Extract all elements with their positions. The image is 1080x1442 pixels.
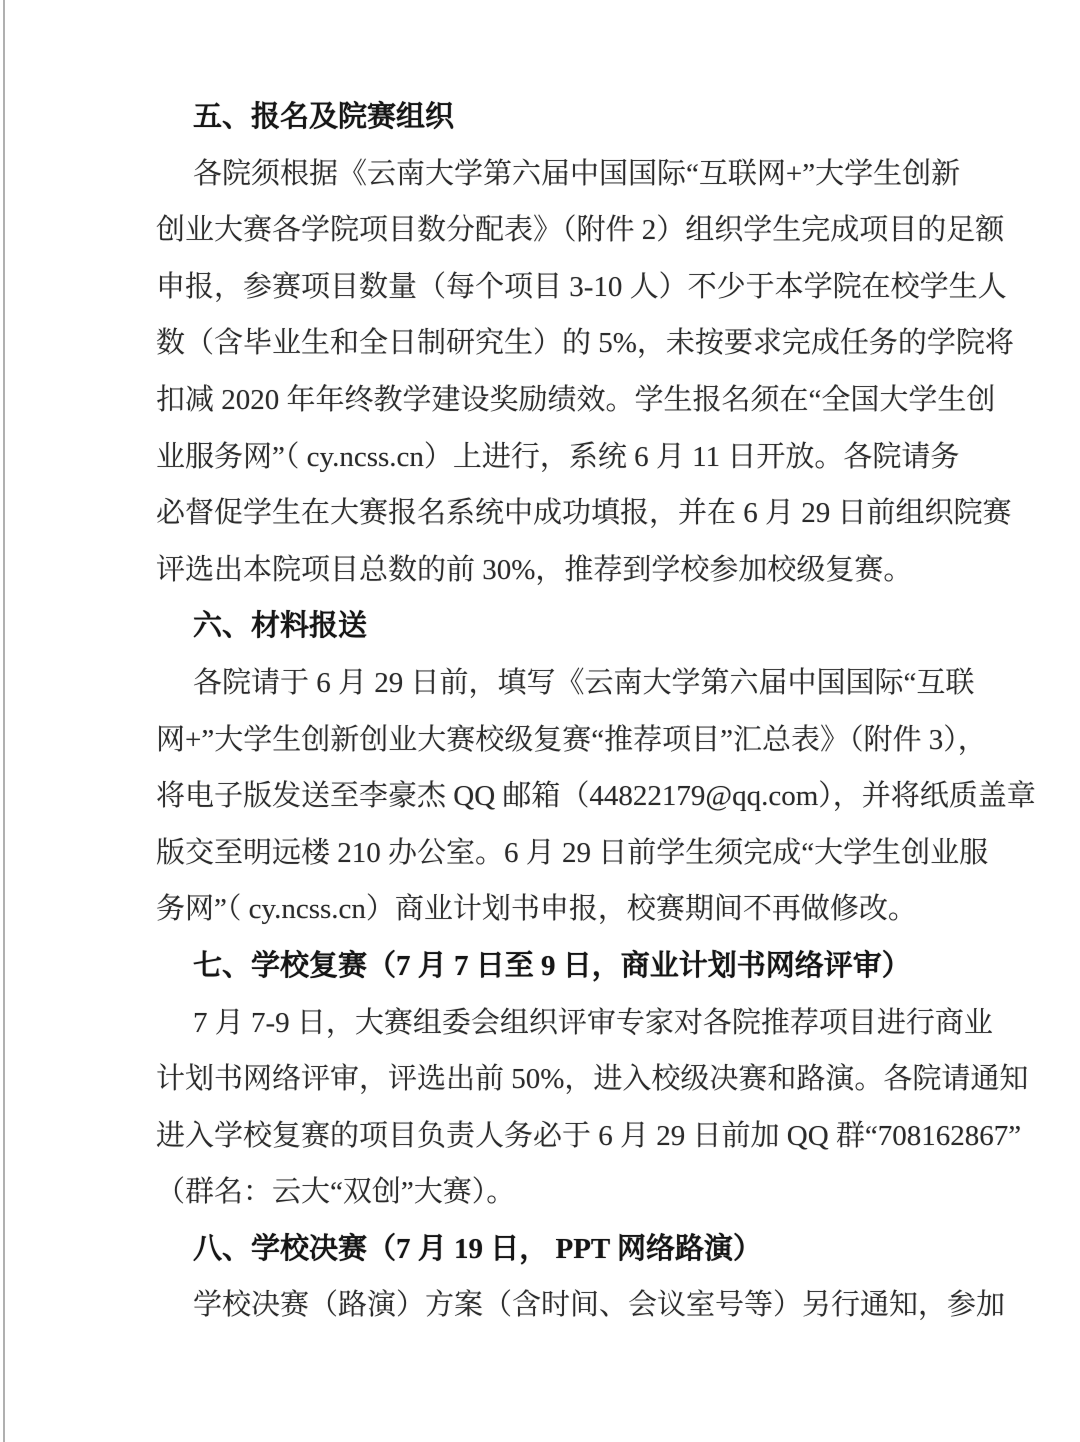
body-line: 申报，参赛项目数量（每个项目 3-10 人）不少于本学院在校学生人 — [156, 259, 956, 316]
body-line: 将电子版发送至李豪杰 QQ 邮箱（44822179@qq.com），并将纸质盖章 — [156, 768, 956, 825]
body-line: 各院须根据《云南大学第六届中国国际“互联网+”大学生创新 — [156, 146, 956, 203]
document-body: 五、报名及院赛组织 各院须根据《云南大学第六届中国国际“互联网+”大学生创新 创… — [156, 89, 956, 1334]
heading-registration-and-college-round: 五、报名及院赛组织 — [156, 89, 956, 146]
heading-school-semifinal: 七、学校复赛（7 月 7 日至 9 日，商业计划书网络评审） — [156, 938, 956, 995]
body-line: 务网”（ cy.ncss.cn）商业计划书申报，校赛期间不再做修改。 — [156, 881, 956, 938]
body-line: 评选出本院项目总数的前 30%，推荐到学校参加校级复赛。 — [156, 542, 956, 599]
body-line: （群名：云大“双创”大赛）。 — [156, 1164, 956, 1221]
heading-materials-submission: 六、材料报送 — [156, 598, 956, 655]
body-line: 各院请于 6 月 29 日前，填写《云南大学第六届中国国际“互联 — [156, 655, 956, 712]
body-line: 创业大赛各学院项目数分配表》（附件 2）组织学生完成项目的足额 — [156, 202, 956, 259]
body-line: 计划书网络评审，评选出前 50%，进入校级决赛和路演。各院请通知 — [156, 1051, 956, 1108]
body-line: 业服务网”（ cy.ncss.cn）上进行，系统 6 月 11 日开放。各院请务 — [156, 429, 956, 486]
body-line: 网+”大学生创新创业大赛校级复赛“推荐项目”汇总表》（附件 3）， — [156, 712, 956, 769]
body-line: 扣减 2020 年年终教学建设奖励绩效。学生报名须在“全国大学生创 — [156, 372, 956, 429]
page-left-edge-line — [3, 0, 5, 1442]
body-line: 必督促学生在大赛报名系统中成功填报，并在 6 月 29 日前组织院赛 — [156, 485, 956, 542]
document-page: 五、报名及院赛组织 各院须根据《云南大学第六届中国国际“互联网+”大学生创新 创… — [0, 0, 1080, 1442]
heading-school-final: 八、学校决赛（7 月 19 日， PPT 网络路演） — [156, 1221, 956, 1278]
body-line: 7 月 7-9 日，大赛组委会组织评审专家对各院推荐项目进行商业 — [156, 995, 956, 1052]
body-line: 进入学校复赛的项目负责人务必于 6 月 29 日前加 QQ 群“70816286… — [156, 1108, 956, 1165]
body-line: 数（含毕业生和全日制研究生）的 5%，未按要求完成任务的学院将 — [156, 315, 956, 372]
body-line: 版交至明远楼 210 办公室。6 月 29 日前学生须完成“大学生创业服 — [156, 825, 956, 882]
body-line: 学校决赛（路演）方案（含时间、会议室号等）另行通知，参加 — [156, 1277, 956, 1334]
